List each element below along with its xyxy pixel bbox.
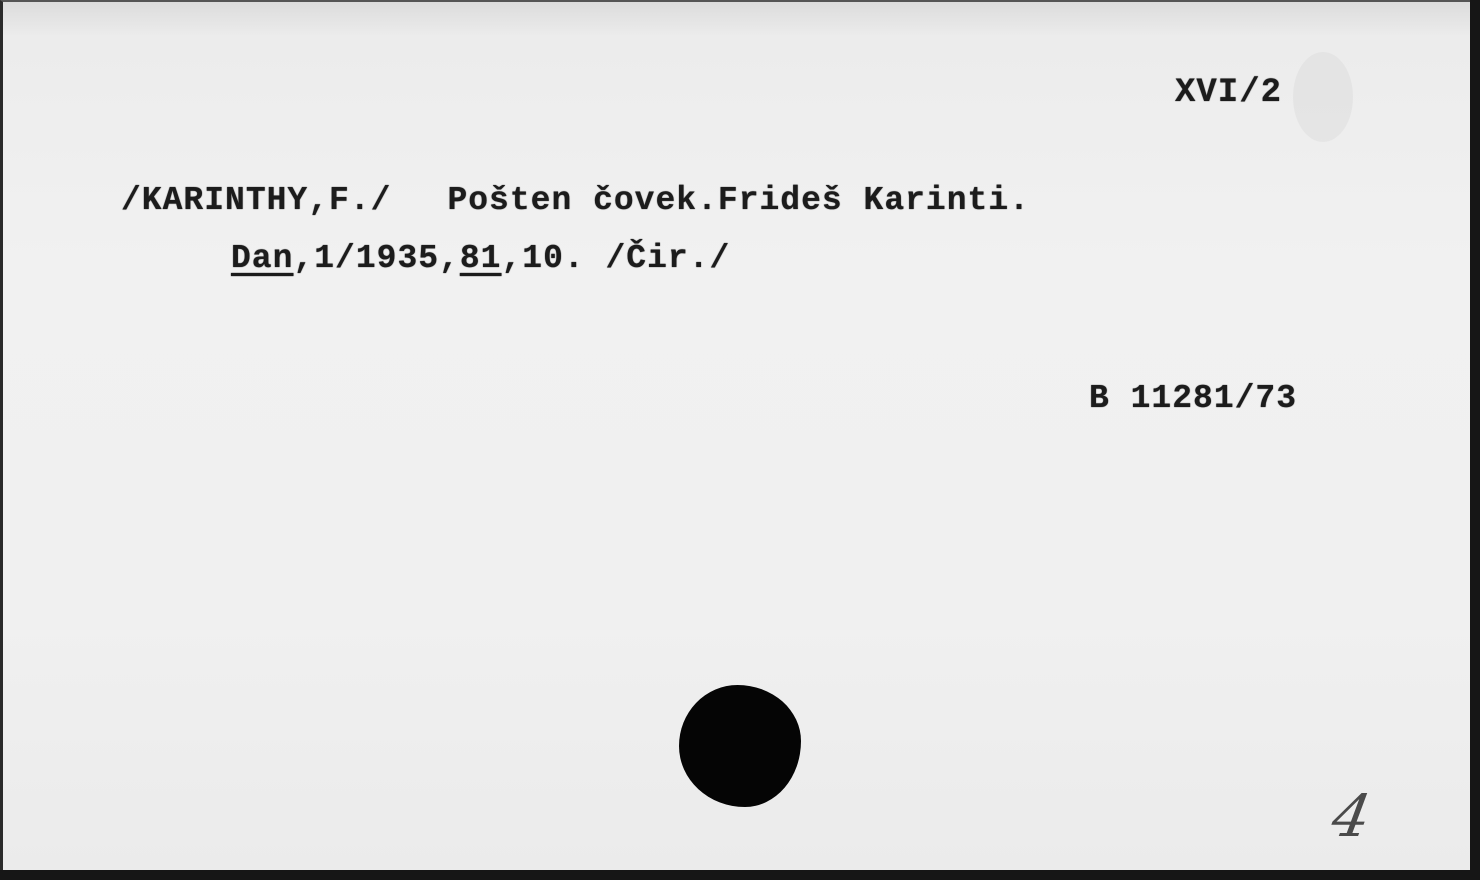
scan-border-bottom (0, 870, 1480, 880)
source-journal: Dan (231, 240, 293, 277)
author-heading: /KARINTHY,F./ (121, 182, 391, 219)
call-number: B 11281/73 (1089, 380, 1297, 417)
entry-line-2: Dan,1/1935,81,10. /Čir./ (231, 240, 730, 277)
catalog-card: XVI/2 /KARINTHY,F./Pošten čovek.Frideš K… (0, 0, 1470, 870)
punch-hole (679, 685, 801, 807)
source-issue: ,1/1935, (293, 240, 459, 277)
source-page: 81 (460, 240, 502, 277)
source-tail: ,10. (501, 240, 584, 277)
script-note: /Čir./ (606, 240, 731, 277)
handwritten-mark: 4 (1327, 782, 1376, 850)
entry-line-1: /KARINTHY,F./Pošten čovek.Frideš Karinti… (121, 182, 1030, 219)
classification-mark: XVI/2 (1175, 74, 1282, 112)
scan-border-right (1470, 0, 1480, 880)
paper-smudge (1293, 52, 1353, 142)
entry-title: Pošten čovek.Frideš Karinti. (447, 182, 1030, 219)
